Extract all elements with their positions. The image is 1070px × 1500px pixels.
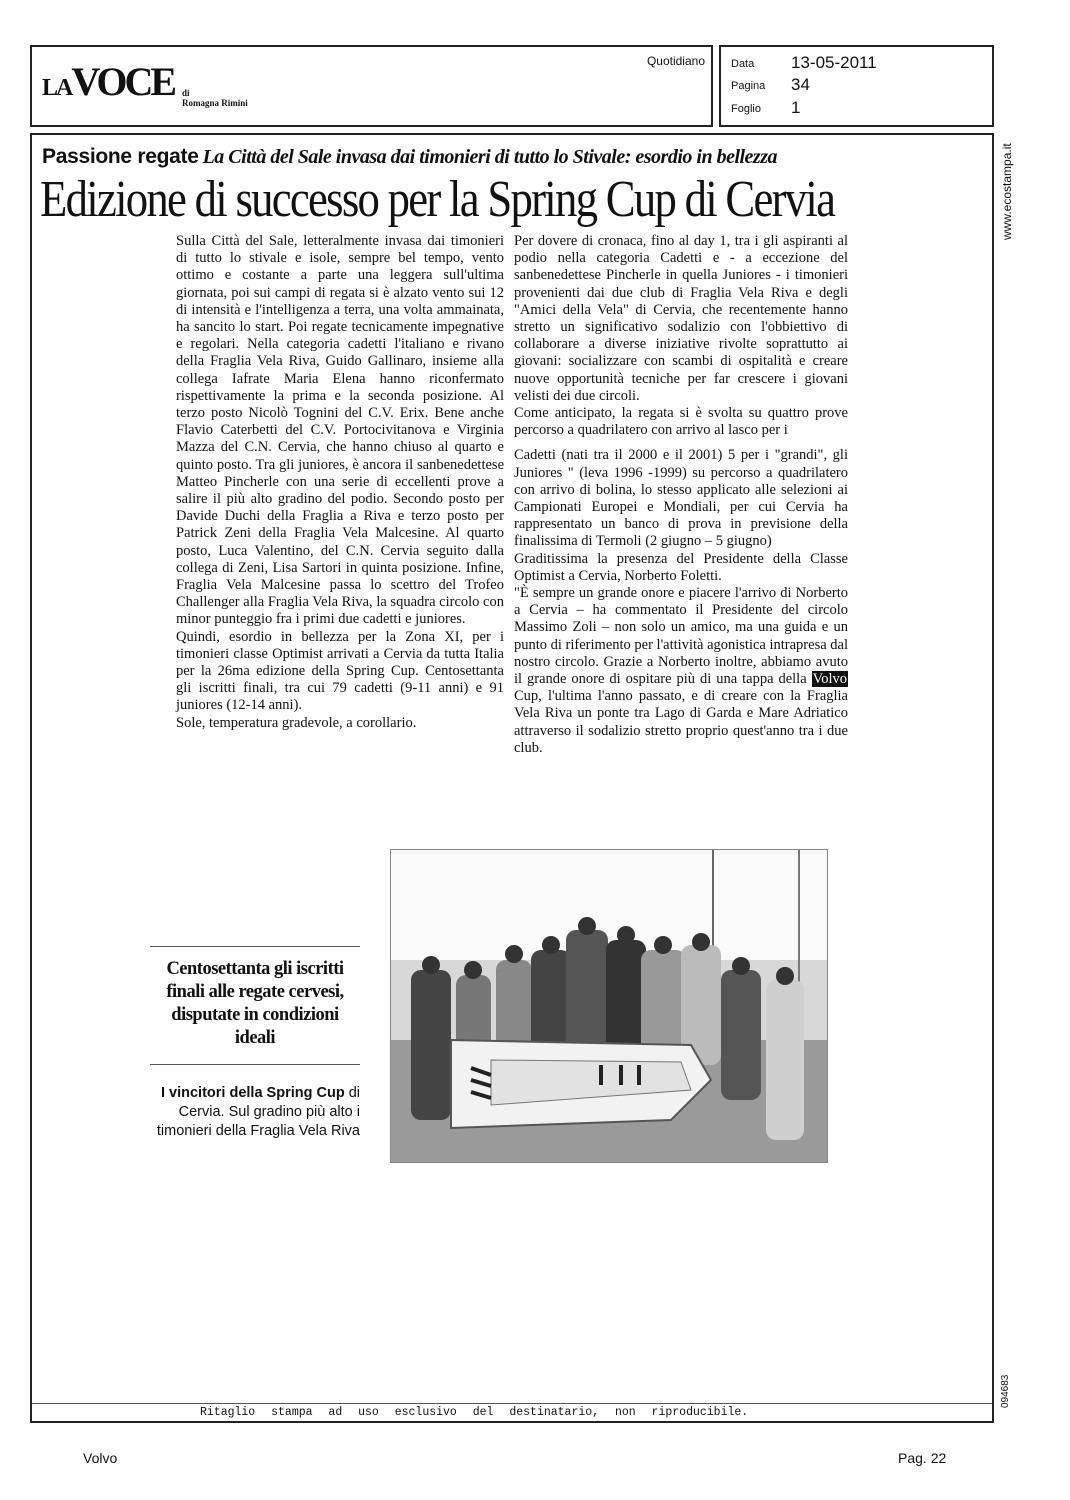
article-column-right: Per dovere di cronaca, fino al day 1, tr… [514, 233, 848, 757]
quote-text: "È sempre un grande onore e piacere l'ar… [514, 585, 848, 687]
footer-keyword: Volvo [83, 1450, 117, 1466]
clipping-code: 094683 [1000, 1375, 1011, 1408]
paragraph: Quindi, esordio in bellezza per la Zona … [176, 629, 504, 715]
paragraph: Graditissima la presenza del Presidente … [514, 551, 848, 585]
pull-quote: Centosettanta gli iscritti finali alle r… [150, 958, 360, 1050]
article-kicker: Passione regate La Città del Sale invasa… [42, 145, 777, 169]
pullquote-rule-bottom [150, 1064, 360, 1065]
article-photo [390, 849, 828, 1163]
pullquote-rule-top [150, 946, 360, 947]
paragraph-quote: "È sempre un grande onore e piacere l'ar… [514, 585, 848, 757]
source-url: www.ecostampa.it [1000, 143, 1014, 240]
keyword-highlight: Volvo [812, 671, 848, 687]
meta-label: Foglio [731, 103, 791, 115]
paragraph: Per dovere di cronaca, fino al day 1, tr… [514, 233, 848, 405]
caption-bold: I vincitori della Spring Cup [161, 1085, 345, 1101]
kicker-bold: Passione regate [42, 145, 199, 168]
frequency-cell: Quotidiano [30, 45, 713, 127]
meta-value-date: 13-05-2011 [791, 53, 877, 73]
article-column-left: Sulla Città del Sale, letteralmente inva… [176, 233, 504, 732]
paragraph: Sole, temperatura gradevole, a corollari… [176, 715, 504, 732]
meta-label: Pagina [731, 80, 791, 92]
photo-group-with-boat-icon [391, 850, 828, 1163]
column-gap [514, 439, 848, 447]
quote-text: Cup, l'ultima l'anno passato, e di crear… [514, 688, 848, 756]
footer-page-number: Pag. 22 [898, 1450, 946, 1466]
meta-value-page: 34 [791, 75, 810, 95]
meta-value-sheet: 1 [791, 98, 800, 118]
kicker-italic: La Città del Sale invasa dai timonieri d… [203, 146, 777, 168]
paragraph: Sulla Città del Sale, letteralmente inva… [176, 233, 504, 629]
meta-label: Data [731, 58, 791, 70]
publication-meta-box: Data 13-05-2011 Pagina 34 Foglio 1 [719, 45, 994, 127]
paragraph: Come anticipato, la regata si è svolta s… [514, 405, 848, 439]
photo-caption: I vincitori della Spring Cup di Cervia. … [150, 1084, 360, 1141]
copyright-notice: Ritaglio stampa ad uso esclusivo del des… [200, 1406, 748, 1419]
footer-divider [32, 1403, 992, 1404]
article-frame [30, 133, 994, 1423]
frequency-label: Quotidiano [647, 54, 705, 68]
article-headline: Edizione di successo per la Spring Cup d… [40, 172, 834, 228]
paragraph: Cadetti (nati tra il 2000 e il 2001) 5 p… [514, 447, 848, 550]
